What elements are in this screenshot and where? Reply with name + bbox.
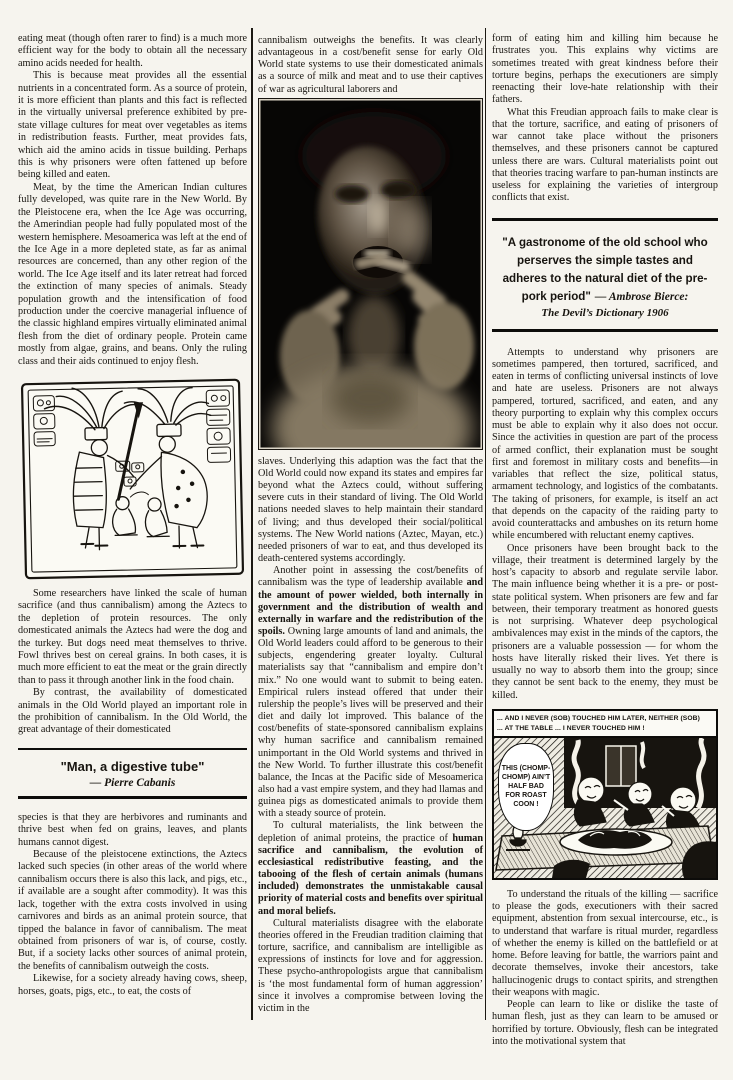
right-bottom-paragraphs: To understand the rituals of the killing… [492,889,718,1048]
paragraph: form of eating him and killing him becau… [492,33,718,107]
paragraph: People can learn to like or dislike the … [492,999,718,1048]
paragraph-segment: Owning large amounts of land and animals… [258,626,483,819]
right-top-paragraphs: form of eating him and killing him becau… [492,33,718,205]
pullquote-bierce: "A gastronome of the old school who pers… [492,218,718,332]
speech-balloon: THIS (CHOMP-CHOMP) AIN’T HALF BAD FOR RO… [498,743,554,831]
left-top-paragraphs: eating meat (though often rarer to find)… [18,33,247,368]
comic-caption: ... AND I NEVER (SOB) TOUCHED HIM LATER,… [494,711,716,738]
comic-caption-line: ... AND I NEVER (SOB) TOUCHED HIM LATER,… [497,714,713,724]
left-bottom-paragraphs: species is that they are herbivores and … [18,812,247,998]
column-left: eating meat (though often rarer to find)… [18,33,247,998]
paragraph: Likewise, for a society already having c… [18,973,247,998]
paragraph: To cultural materialists, the link betwe… [258,820,483,917]
photo-art [258,98,483,450]
comic-art: THIS (CHOMP-CHOMP) AIN’T HALF BAD FOR RO… [494,738,716,878]
comic-panel: ... AND I NEVER (SOB) TOUCHED HIM LATER,… [492,709,718,880]
paragraph: To understand the rituals of the killing… [492,889,718,999]
paragraph: species is that they are herbivores and … [18,812,247,849]
paragraph: Because of the pleistocene extinctions, … [18,849,247,973]
rule [492,329,718,332]
column-divider-right [485,28,487,1020]
paragraph: slaves. Underlying this adaption was the… [258,456,483,565]
column-divider-left [251,28,253,1020]
aztec-codex-illustration [18,377,247,581]
paragraph: cannibalism outweighs the benefits. It w… [258,35,483,96]
paragraph: Attempts to understand why prisoners are… [492,347,718,543]
rule [18,796,247,799]
pullquote-attribution: — Ambrose Bierce: [595,291,688,303]
column-middle: cannibalism outweighs the benefits. It w… [258,35,483,1015]
middle-top-paragraphs: cannibalism outweighs the benefits. It w… [258,35,483,96]
paragraph-segment: Another point in assessing the cost/bene… [258,565,483,588]
paragraph-segment: To cultural materialists, the link betwe… [258,820,483,843]
comic-caption-line: ... AT THE TABLE ... I NEVER TOUCHED HIM… [497,724,713,734]
speech-balloon-text: THIS (CHOMP-CHOMP) AIN’T HALF BAD FOR RO… [501,764,551,809]
aztec-illustration-art [18,377,247,581]
pullquote-cabanis: "Man, a digestive tube" — Pierre Cabanis [18,748,247,799]
paragraph: By contrast, the availability of domesti… [18,687,247,737]
right-middle-paragraphs: Attempts to understand why prisoners are… [492,347,718,702]
paragraph-segment: human sacrifice and cannibalism, the evo… [258,833,483,917]
magazine-page: eating meat (though often rarer to find)… [0,0,733,1080]
pullquote-text: "Man, a digestive tube" [22,759,243,775]
paragraph: eating meat (though often rarer to find)… [18,33,247,70]
pullquote-source: The Devil’s Dictionary 1906 [500,307,710,319]
left-mid-paragraphs: Some researchers have linked the scale o… [18,588,247,737]
paragraph: What this Freudian approach fails to mak… [492,107,718,205]
middle-bottom-paragraphs: slaves. Underlying this adaption was the… [258,456,483,1015]
paragraph: Another point in assessing the cost/bene… [258,565,483,820]
paragraph: Meat, by the time the American Indian cu… [18,182,247,368]
paragraph: Once prisoners have been brought back to… [492,543,718,702]
pullquote-attribution: — Pierre Cabanis [22,777,243,789]
photo-man-fingers-in-mouth [258,98,483,450]
paragraph: Cultural materialists disagree with the … [258,918,483,1015]
paragraph: Some researchers have linked the scale o… [18,588,247,687]
paragraph: This is because meat provides all the es… [18,70,247,182]
column-right: form of eating him and killing him becau… [492,33,718,1048]
